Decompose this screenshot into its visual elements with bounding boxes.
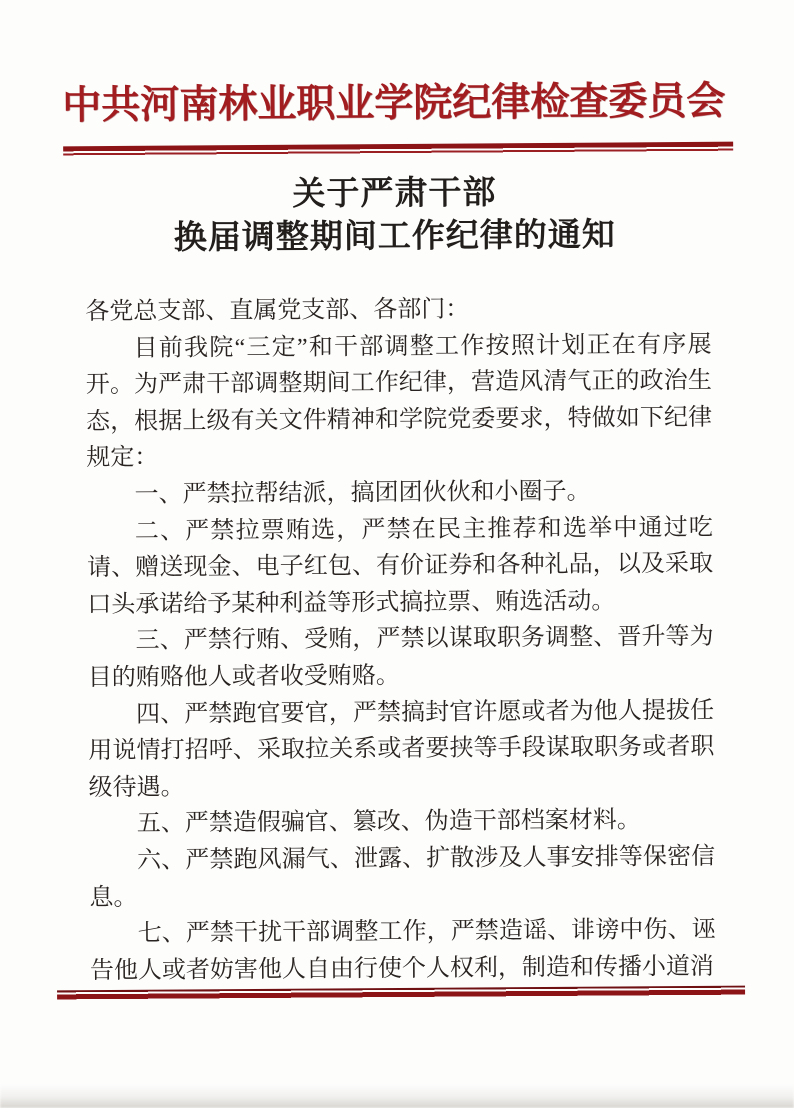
- document-sheet: 中共河南林业职业学院纪律检查委员会 关于严肃干部 换届调整期间工作纪律的通知 各…: [0, 0, 794, 1108]
- paragraph-list: 目前我院“三定”和干部调整工作按照计划正在有序展开。为严肃干部调整期间工作纪律，…: [85, 326, 716, 989]
- scanned-official-document: 中共河南林业职业学院纪律检查委员会 关于严肃干部 换届调整期间工作纪律的通知 各…: [0, 0, 794, 1108]
- body-paragraph: 目前我院“三定”和干部调整工作按照计划正在有序展开。为严肃干部调整期间工作纪律，…: [85, 326, 712, 477]
- body-paragraph: 一、严禁拉帮结派，搞团团伙伙和小圈子。: [86, 473, 712, 514]
- letterhead-divider-line: [63, 142, 733, 157]
- document-title-line1: 关于严肃干部: [0, 170, 792, 219]
- body-paragraph: 六、严禁跑风漏气、泄露、扩散涉及人事安排等保密信息。: [89, 839, 715, 917]
- body-paragraph: 四、严禁跑官要官，严禁搞封官许愿或者为他人提拔任用说情打招呼、采取拉关系或者要挟…: [88, 692, 715, 806]
- body-paragraph: 五、严禁造假骗官、篡改、伪造干部档案材料。: [89, 802, 715, 843]
- document-title: 关于严肃干部 换届调整期间工作纪律的通知: [0, 170, 792, 262]
- body-paragraph: 三、严禁行贿、受贿，严禁以谋取职务调整、晋升等为目的贿赂他人或者收受贿赂。: [87, 619, 713, 697]
- document-body: 各党总支部、直属党支部、各部门： 目前我院“三定”和干部调整工作按照计划正在有序…: [85, 290, 716, 990]
- document-title-line2: 换届调整期间工作纪律的通知: [0, 213, 792, 262]
- scan-edge-shadow: [0, 1084, 794, 1108]
- issuing-authority-letterhead: 中共河南林业职业学院纪律检查委员会: [0, 79, 791, 129]
- salutation-line: 各党总支部、直属党支部、各部门：: [85, 290, 711, 331]
- body-paragraph: 七、严禁干扰干部调整工作，严禁造谣、诽谤中伤、诬告他人或者妨害他人自由行使个人权…: [90, 912, 716, 990]
- body-paragraph: 二、严禁拉票贿选，严禁在民主推荐和选举中通过吃请、赠送现金、电子红包、有价证券和…: [87, 509, 714, 623]
